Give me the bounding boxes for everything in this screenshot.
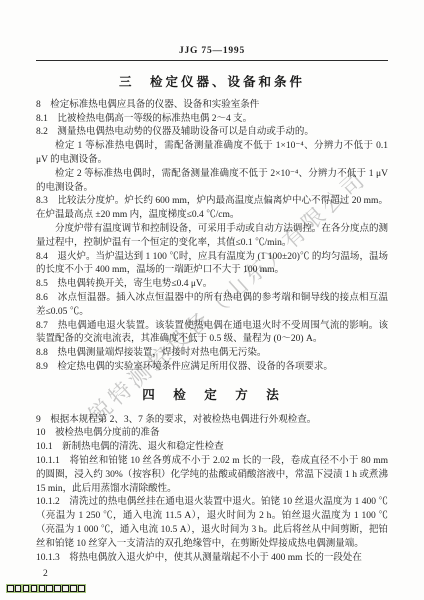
film-square [39, 585, 46, 593]
film-square [78, 585, 85, 593]
document-page: 锐特测控设备（山东）有限公司 JJG 75—1995 三 检定仪器、设备和条件 … [0, 0, 424, 600]
film-strip [7, 585, 86, 593]
paragraph: 10.1.1 将铂丝和铂铑 10 丝各剪成不小于 2.02 m 长的一段，卷成直… [36, 455, 388, 496]
film-square [15, 585, 22, 593]
paragraph: 10 被检热电偶分度前的准备 [36, 427, 388, 441]
film-square [23, 585, 30, 593]
film-square [31, 585, 38, 593]
section-4-title: 四 检 定 方 法 [36, 389, 388, 403]
page-inner: JJG 75—1995 三 检定仪器、设备和条件 8 检定标准热电偶应具备的仪器… [0, 0, 424, 582]
paragraph: 8.4 退火炉。当炉温达到 1 100 ℃时，应具有温度为 (1 100±20)… [36, 251, 388, 279]
paragraph: 10.1 新制热电偶的清洗、退火和稳定性检查 [36, 441, 388, 455]
page-number: 2 [36, 568, 388, 582]
film-square [7, 585, 14, 593]
paragraph: 10.1.2 清洗过的热电偶丝挂在通电退火装置中退火。铂铑 10 丝退火温度为 … [36, 496, 388, 551]
film-square [54, 585, 61, 593]
paragraph: 8.2 测量热电偶热电动势的仪器及辅助设备可以是自动或手动的。 [36, 126, 388, 140]
paragraph: 分度炉带有温度调节和控制设备，可采用手动或自动方法调控。在各分度点的测量过程中，… [36, 223, 388, 251]
paragraph: 9 根据本规程第 2、3、7 条的要求，对被检热电偶进行外观检查。 [36, 414, 388, 428]
paragraph: 检定 1 等标准热电偶时，需配备测量准确度不低于 1×10⁻⁴、分辨力不低于 0… [36, 140, 388, 168]
section-3-title: 三 检定仪器、设备和条件 [36, 76, 388, 90]
header-rule [36, 60, 388, 61]
standard-code-header: JJG 75—1995 [0, 0, 424, 56]
paragraph: 8.9 检定热电偶的实验室环境条件应满足所用仪器、设备的各项要求。 [36, 361, 388, 375]
section-3-body: 8 检定标准热电偶应具备的仪器、设备和实验室条件8.1 比被检热电偶高一等级的标… [36, 99, 388, 375]
section-4-body: 9 根据本规程第 2、3、7 条的要求，对被检热电偶进行外观检查。10 被检热电… [36, 414, 388, 566]
paragraph: 8.7 热电偶通电退火装置。该装置使热电偶在通电退火时不受周围气流的影响。该装置… [36, 320, 388, 348]
paragraph: 10.1.3 将热电偶放入退火炉中，使其从测量端起不小于 400 mm 长的一段… [36, 552, 388, 566]
film-square [46, 585, 53, 593]
film-square [62, 585, 69, 593]
document-content: 三 检定仪器、设备和条件 8 检定标准热电偶应具备的仪器、设备和实验室条件8.1… [36, 76, 388, 582]
paragraph: 8.8 热电偶测量端焊接装置，焊接时对热电偶无污染。 [36, 347, 388, 361]
film-square [70, 585, 77, 593]
paragraph: 8.3 比较法分度炉。炉长约 600 mm，炉内最高温度点偏离炉中心不得超过 2… [36, 195, 388, 223]
paragraph: 8.1 比被检热电偶高一等级的标准热电偶 2～4 支。 [36, 113, 388, 127]
paragraph: 8.6 冰点恒温器。插入冰点恒温器中的所有热电偶的参考端和铜导线的接点相互温差≤… [36, 292, 388, 320]
paragraph: 检定 2 等标准热电偶时，需配备测量准确度不低于 2×10⁻⁴、分辨力不低于 1… [36, 168, 388, 196]
paragraph: 8 检定标准热电偶应具备的仪器、设备和实验室条件 [36, 99, 388, 113]
paragraph: 8.5 热电偶转换开关，寄生电势≤0.4 μV。 [36, 278, 388, 292]
